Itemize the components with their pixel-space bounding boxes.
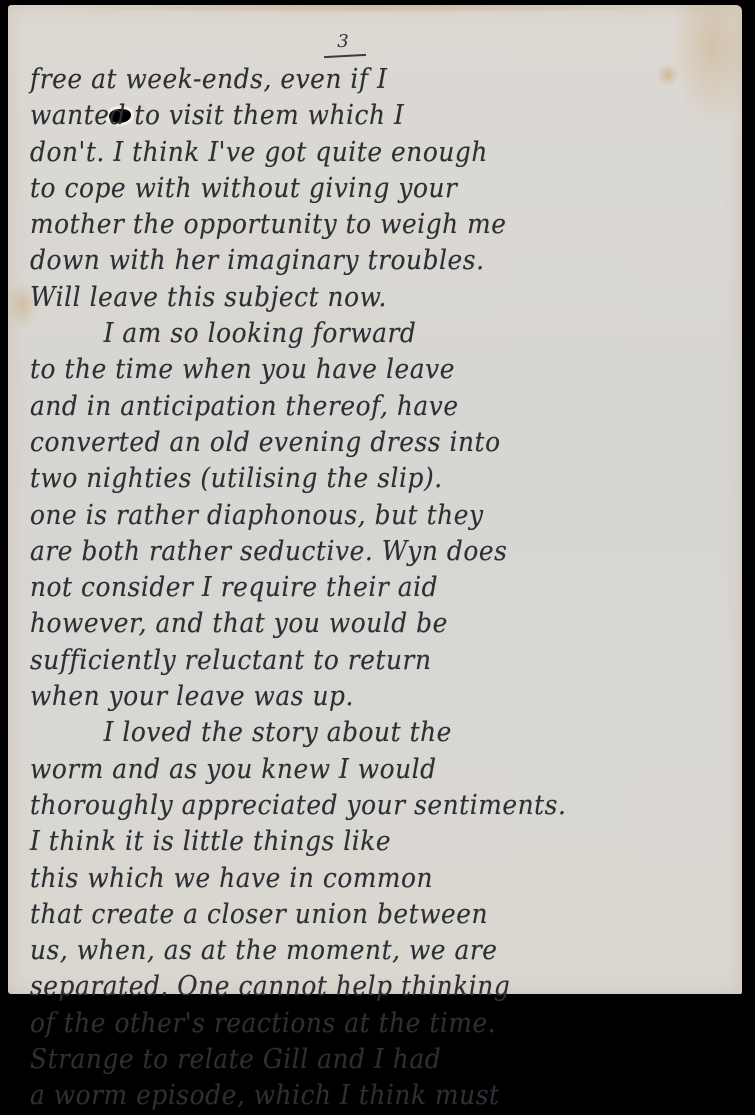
text-line: when your leave was up.: [30, 679, 685, 715]
text-line: to the time when you have leave: [30, 352, 685, 388]
text-line: this which we have in common: [30, 861, 685, 897]
text-line: don't. I think I've got quite enough: [30, 135, 685, 171]
text-line: Will leave this subject now.: [30, 280, 685, 316]
paragraph-start-line: I am so looking forward: [30, 316, 685, 352]
text-line: us, when, as at the moment, we are: [30, 933, 685, 969]
handwritten-body: free at week-ends, even if I wanted to v…: [30, 62, 742, 1000]
text-line: however, and that you would be: [30, 606, 685, 642]
text-line: one is rather diaphonous, but they: [30, 498, 685, 534]
page-number-underline: [324, 54, 366, 58]
text-line: converted an old evening dress into: [30, 425, 685, 461]
text-line: are both rather seductive. Wyn does: [30, 534, 685, 570]
text-line: sufficiently reluctant to return: [30, 643, 685, 679]
text-line: not consider I require their aid: [30, 570, 685, 606]
text-line: mother the opportunity to weigh me: [30, 207, 685, 243]
page-number: 3: [328, 31, 358, 52]
text-line: wanted to visit them which I: [30, 98, 685, 134]
text-line: thoroughly appreciated your sentiments.: [30, 788, 685, 824]
text-line: free at week-ends, even if I: [30, 62, 685, 98]
text-line: that create a closer union between: [30, 897, 685, 933]
paragraph-start-line: I loved the story about the: [30, 715, 685, 751]
text-line: down with her imaginary troubles.: [30, 243, 685, 279]
letter-page: 3 free at week-ends, even if I wanted to…: [8, 5, 742, 994]
text-line: to cope with without giving your: [30, 171, 685, 207]
text-line: separated. One cannot help thinking: [30, 969, 685, 1000]
text-line: and in anticipation thereof, have: [30, 389, 685, 425]
text-line: I think it is little things like: [30, 824, 685, 860]
text-line: worm and as you knew I would: [30, 752, 685, 788]
text-line: two nighties (utilising the slip).: [30, 461, 685, 497]
